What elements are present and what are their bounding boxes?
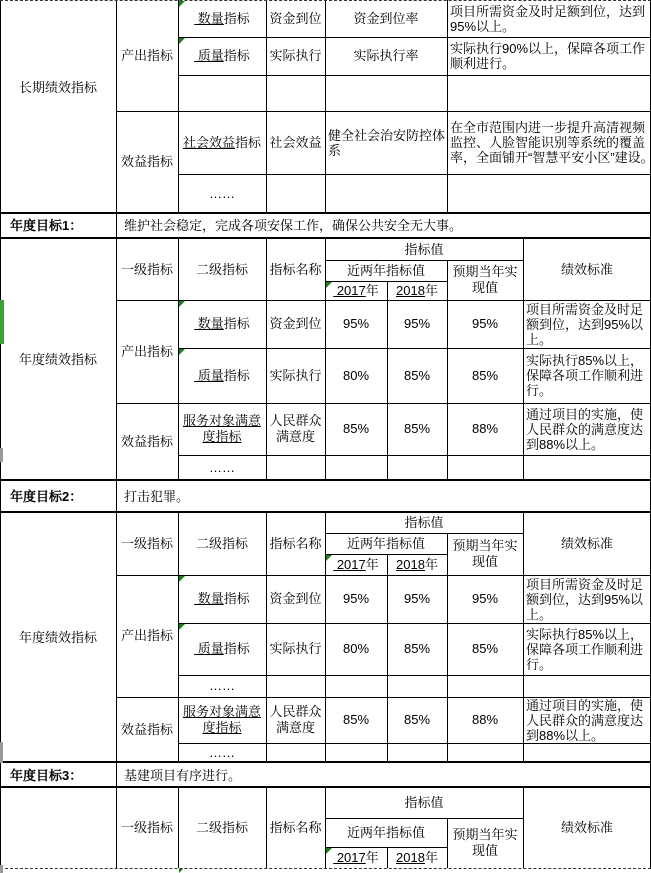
cell-value-2017[interactable]: 95%: [325, 575, 387, 623]
cell-value-expected[interactable]: 95%: [447, 300, 523, 348]
page-break-dashed-line: [0, 0, 651, 1]
cell-l2-quality[interactable]: 质量指标: [178, 623, 266, 675]
cell-value-expected[interactable]: 95%: [447, 575, 523, 623]
cell-header-value[interactable]: 指标值: [325, 239, 523, 260]
cell-l2-quantity[interactable]: 数量指标: [178, 575, 266, 623]
cell-header-recent[interactable]: 近两年指标值: [325, 533, 447, 554]
grid-vline: [178, 513, 179, 763]
cell-value-2017[interactable]: 85%: [325, 403, 387, 455]
grid-vline: [266, 788, 267, 868]
grid-vline: [325, 788, 326, 868]
error-triangle-icon: [179, 38, 185, 44]
left-strip-grey: [0, 448, 3, 462]
grid-vline: [447, 260, 448, 481]
cell-value-expected[interactable]: 88%: [447, 697, 523, 743]
cell-standard[interactable]: 项目所需资金及时足额到位，达到95%以上。: [447, 0, 651, 37]
cell-output-group[interactable]: 产出指标: [116, 575, 178, 697]
grid-hline-thick: [0, 761, 651, 763]
grid-hline: [178, 623, 651, 624]
cell-metric[interactable]: 健全社会治安防控体系: [325, 111, 453, 174]
grid-hline: [325, 818, 523, 819]
left-strip-grey: [0, 742, 3, 763]
cell-value-2018[interactable]: 85%: [387, 623, 447, 675]
grid-vline: [325, 513, 326, 763]
grid-hline: [325, 533, 523, 534]
grid-vline: [447, 0, 448, 213]
grid-vline: [523, 513, 524, 763]
cell-value-2018[interactable]: 85%: [387, 348, 447, 403]
grid-vline: [178, 788, 179, 868]
cell-header-l2[interactable]: 二级指标: [178, 788, 266, 868]
cell-l2-social-benefit[interactable]: 社会效益指标: [178, 111, 266, 174]
cell-output-group[interactable]: 产出指标: [116, 300, 178, 403]
grid-hline: [178, 174, 651, 175]
cell-standard[interactable]: 项目所需资金及时足额到位，达到95%以上。: [523, 575, 651, 623]
grid-vline: [387, 281, 388, 481]
cell-l2-satisfaction[interactable]: 服务对象满意度指标: [178, 697, 266, 743]
left-strip-green: [0, 300, 4, 344]
cell-goal3-text[interactable]: 基建项目有序进行。: [116, 763, 651, 788]
cell-ellipsis[interactable]: ……: [178, 455, 266, 481]
cell-long-term-label[interactable]: 长期绩效指标: [0, 0, 116, 176]
cell-output-group[interactable]: 产出指标: [116, 0, 178, 111]
left-strip-grey: [0, 865, 3, 873]
cell-benefit-group[interactable]: 效益指标: [116, 403, 178, 481]
cell-goal3-label[interactable]: 年度目标3：: [0, 763, 126, 788]
grid-hline: [116, 300, 651, 301]
spreadsheet-performance-table: 长期绩效指标 产出指标 效益指标 数量指标 质量指标 社会效益指标 …… 资金到…: [0, 0, 651, 873]
cell-header-value[interactable]: 指标值: [325, 513, 523, 533]
cell-l2-quality[interactable]: 质量指标: [178, 37, 266, 75]
cell-standard[interactable]: 实际执行85%以上，保障各项工作顺利进行。: [523, 348, 651, 403]
grid-hline: [178, 37, 651, 38]
cell-ellipsis[interactable]: ……: [178, 675, 266, 697]
page-break-dashed-line: [0, 868, 651, 869]
error-triangle-icon: [326, 282, 332, 288]
cell-header-name[interactable]: 指标名称: [266, 788, 325, 868]
grid-hline: [116, 111, 651, 112]
grid-hline: [178, 743, 651, 744]
grid-vline: [116, 0, 117, 868]
cell-value-2018[interactable]: 95%: [387, 300, 447, 348]
cell-indicator-name[interactable]: 资金到位: [266, 300, 325, 348]
cell-l2-quantity[interactable]: 数量指标: [178, 0, 266, 37]
cell-indicator-name[interactable]: 资金到位: [266, 575, 325, 623]
cell-goal2-label[interactable]: 年度目标2：: [0, 481, 126, 513]
cell-indicator-name[interactable]: 人民群众满意度: [266, 697, 325, 743]
grid-vline: [178, 239, 179, 481]
cell-header-expected[interactable]: 预期当年实现值: [447, 533, 523, 575]
cell-standard[interactable]: 通过项目的实施，使人民群众的满意度达到88%以上。: [523, 403, 651, 455]
cell-goal2-text[interactable]: 打击犯罪。: [116, 481, 651, 513]
grid-hline-thick: [0, 212, 651, 214]
grid-hline: [178, 75, 651, 76]
cell-header-name[interactable]: 指标名称: [266, 513, 325, 575]
grid-vline: [387, 554, 388, 763]
grid-hline: [178, 675, 651, 676]
cell-standard[interactable]: 实际执行85%以上，保障各项工作顺利进行。: [523, 623, 651, 675]
cell-indicator-name[interactable]: 实际执行: [266, 623, 325, 675]
error-triangle-icon: [326, 848, 332, 854]
grid-vline: [447, 818, 448, 868]
cell-annual-label[interactable]: 年度绩效指标: [0, 239, 116, 481]
grid-hline-thick: [0, 786, 651, 788]
grid-hline-thick: [0, 479, 651, 481]
error-triangle-icon: [179, 349, 185, 355]
cell-header-recent[interactable]: 近两年指标值: [325, 260, 447, 281]
grid-vline: [0, 0, 1, 868]
error-triangle-icon: [179, 1, 185, 7]
cell-value-2017[interactable]: 80%: [325, 348, 387, 403]
cell-l2-quality[interactable]: 质量指标: [178, 348, 266, 403]
cell-header-recent[interactable]: 近两年指标值: [325, 818, 447, 847]
cell-standard[interactable]: 通过项目的实施，使人民群众的满意度达到88%以上。: [523, 697, 651, 743]
grid-vline: [387, 847, 388, 868]
error-triangle-icon: [179, 869, 183, 873]
cell-benefit-group[interactable]: 效益指标: [116, 111, 178, 213]
cell-indicator-name[interactable]: 社会效益: [266, 111, 325, 174]
cell-header-2018[interactable]: 2018年: [387, 281, 447, 300]
grid-vline: [325, 239, 326, 481]
grid-hline: [178, 455, 651, 456]
cell-ellipsis[interactable]: ……: [178, 743, 266, 763]
cell-value-expected[interactable]: 88%: [447, 403, 523, 455]
cell-value-expected[interactable]: 85%: [447, 623, 523, 675]
cell-indicator-name[interactable]: 资金到位: [266, 0, 325, 37]
cell-metric[interactable]: 实际执行率: [325, 37, 447, 75]
cell-value-2018[interactable]: 85%: [387, 403, 447, 455]
cell-goal1-label[interactable]: 年度目标1：: [0, 213, 126, 239]
cell-header-l1[interactable]: 一级指标: [116, 513, 178, 575]
error-triangle-icon: [326, 555, 332, 561]
cell-indicator-name[interactable]: 人民群众满意度: [266, 403, 325, 455]
cell-header-2017[interactable]: 2017年: [325, 554, 387, 575]
cell-value-expected[interactable]: 85%: [447, 348, 523, 403]
cell-header-l1[interactable]: 一级指标: [116, 788, 178, 868]
cell-header-2017[interactable]: 2017年: [325, 847, 387, 868]
grid-vline: [523, 239, 524, 481]
cell-annual-label[interactable]: 年度绩效指标: [0, 513, 116, 763]
cell-header-l1[interactable]: 一级指标: [116, 239, 178, 300]
cell-header-2018[interactable]: 2018年: [387, 554, 447, 575]
cell-standard[interactable]: 在全市范围内进一步提升高清视频监控、人脸智能识别等系统的覆盖率，全面铺开“智慧平…: [447, 111, 651, 174]
error-triangle-icon: [179, 624, 185, 630]
grid-hline-thick: [0, 511, 651, 513]
cell-metric[interactable]: 资金到位率: [325, 0, 447, 37]
grid-hline-thick: [0, 237, 651, 239]
error-triangle-icon: [179, 301, 185, 307]
grid-hline: [325, 260, 523, 261]
grid-vline: [266, 239, 267, 481]
cell-header-expected[interactable]: 预期当年实现值: [447, 260, 523, 300]
cell-header-standard[interactable]: 绩效标准: [523, 788, 651, 868]
cell-indicator-name[interactable]: 实际执行: [266, 348, 325, 403]
grid-vline: [523, 788, 524, 868]
cell-value-2017[interactable]: 80%: [325, 623, 387, 675]
cell-value-2018[interactable]: 85%: [387, 697, 447, 743]
error-triangle-icon: [179, 576, 185, 582]
cell-header-2018[interactable]: 2018年: [387, 847, 447, 868]
grid-hline: [116, 575, 651, 576]
cell-goal1-text[interactable]: 维护社会稳定，完成各项安保工作，确保公共安全无大事。: [116, 213, 651, 239]
cell-header-standard[interactable]: 绩效标准: [523, 239, 651, 300]
cell-benefit-group[interactable]: 效益指标: [116, 697, 178, 763]
grid-hline: [178, 348, 651, 349]
grid-hline: [116, 403, 651, 404]
cell-standard[interactable]: 项目所需资金及时足额到位，达到95%以上。: [523, 300, 651, 348]
cell-header-value[interactable]: 指标值: [325, 788, 523, 818]
grid-vline: [178, 0, 179, 213]
cell-l2-satisfaction[interactable]: 服务对象满意度指标: [178, 403, 266, 455]
cell-ellipsis[interactable]: ……: [178, 174, 266, 213]
cell-indicator-name[interactable]: 实际执行: [266, 37, 325, 75]
grid-hline: [325, 281, 447, 282]
cell-header-name[interactable]: 指标名称: [266, 239, 325, 300]
grid-hline: [325, 847, 447, 848]
cell-standard[interactable]: 实际执行90%以上，保障各项工作顺利进行。: [447, 37, 651, 75]
cell-header-2017[interactable]: 2017年: [325, 281, 387, 300]
grid-vline: [447, 533, 448, 763]
cell-value-2017[interactable]: 85%: [325, 697, 387, 743]
cell-header-l2[interactable]: 二级指标: [178, 513, 266, 575]
cell-value-2018[interactable]: 95%: [387, 575, 447, 623]
cell-header-standard[interactable]: 绩效标准: [523, 513, 651, 575]
grid-hline: [116, 697, 651, 698]
grid-hline: [325, 554, 447, 555]
cell-value-2017[interactable]: 95%: [325, 300, 387, 348]
grid-vline: [325, 0, 326, 213]
grid-vline: [266, 513, 267, 763]
grid-vline: [266, 0, 267, 213]
cell-l2-quantity[interactable]: 数量指标: [178, 300, 266, 348]
cell-header-expected[interactable]: 预期当年实现值: [447, 818, 523, 868]
cell-header-l2[interactable]: 二级指标: [178, 239, 266, 300]
